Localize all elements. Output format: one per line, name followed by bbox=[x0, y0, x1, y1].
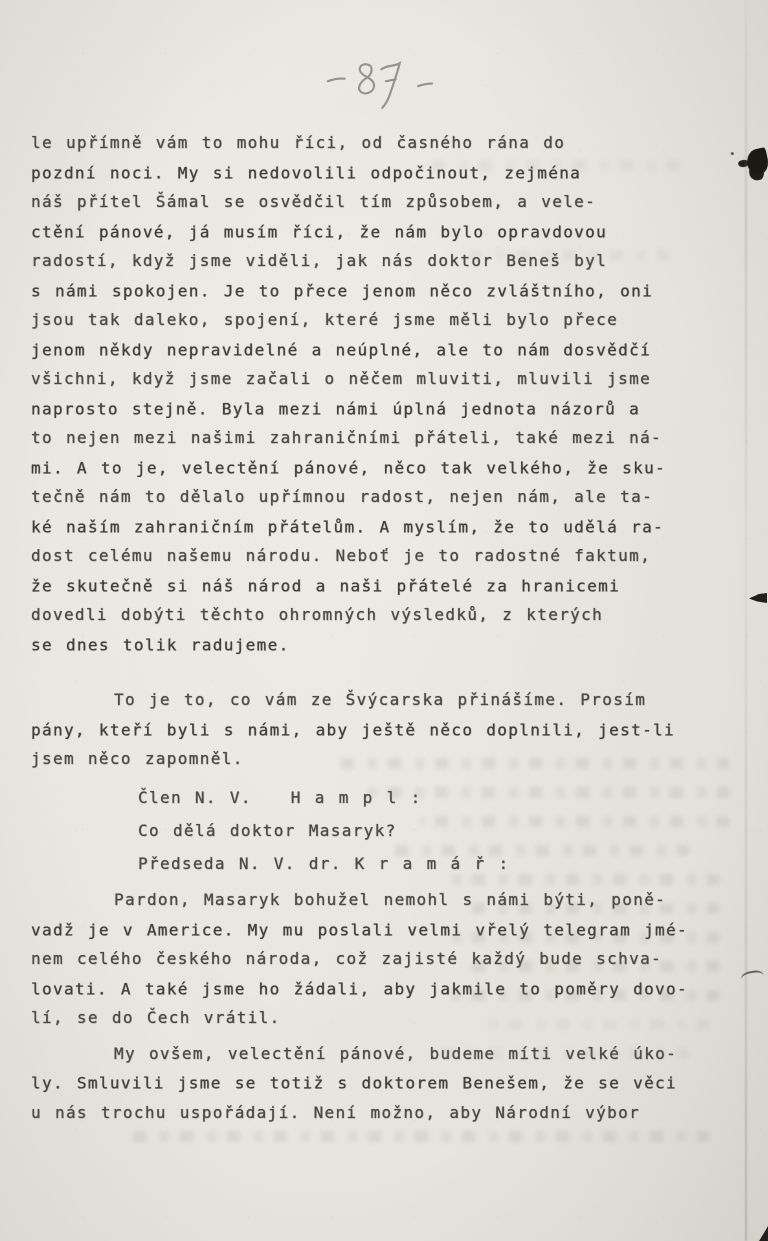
typewritten-line: dost celému našemu národu. Neboť je to r… bbox=[31, 541, 741, 571]
speaker-heading-hampl: Člen N. V. H a m p l : bbox=[31, 783, 741, 813]
typewritten-line: vadž je v Americe. My mu poslali velmi v… bbox=[31, 915, 741, 945]
paragraph: Pardon, Masaryk bohužel nemohl s námi bý… bbox=[31, 885, 741, 1033]
typewritten-line: všichni, když jsme začali o něčem mluvit… bbox=[31, 364, 741, 394]
typewritten-line: Pardon, Masaryk bohužel nemohl s námi bý… bbox=[31, 885, 741, 915]
typewritten-line: radostí, když jsme viděli, jak nás dokto… bbox=[31, 246, 741, 276]
handwritten-page-number: -87- bbox=[321, 52, 463, 121]
typewritten-line: jsem něco zapomněl. bbox=[31, 744, 741, 774]
typewritten-line: ctění pánové, já musím říci, že nám bylo… bbox=[31, 217, 741, 247]
typewritten-line: Člen N. V. H a m p l : bbox=[31, 783, 741, 813]
paragraph: My ovšem, velectění pánové, budeme míti … bbox=[31, 1039, 741, 1128]
typewritten-line: Předseda N. V. dr. K r a m á ř : bbox=[31, 849, 741, 879]
typewritten-line: u nás trochu uspořádají. Není možno, aby… bbox=[31, 1098, 741, 1128]
typewritten-line: To je to, co vám ze Švýcarska přinášíme.… bbox=[31, 685, 741, 715]
typewritten-line: Co dělá doktor Masaryk? bbox=[31, 816, 741, 846]
speaker-heading-kramar: Předseda N. V. dr. K r a m á ř : bbox=[31, 849, 741, 879]
typewritten-line: se dnes tolik radujeme. bbox=[31, 630, 741, 660]
typewritten-line: s námi spokojen. Je to přece jenom něco … bbox=[31, 276, 741, 306]
page-edge-shadow bbox=[745, 0, 747, 1241]
typewritten-line: lovati. A také jsme ho žádali, aby jakmi… bbox=[31, 974, 741, 1004]
typewritten-line: jsou tak daleko, spojení, které jsme měl… bbox=[31, 305, 741, 335]
paragraph: To je to, co vám ze Švýcarska přinášíme.… bbox=[31, 685, 741, 774]
paragraph-continuation: le upřímně vám to mohu říci, od časného … bbox=[31, 128, 741, 659]
typewritten-line: pozdní noci. My si nedovolili odpočinout… bbox=[31, 158, 741, 188]
typewritten-line: náš přítel Šámal se osvědčil tím způsobe… bbox=[31, 187, 741, 217]
typewritten-line: tečně nám to dělalo upřímnou radost, nej… bbox=[31, 482, 741, 512]
typewritten-line: to nejen mezi našimi zahraničními přátel… bbox=[31, 423, 741, 453]
speech-line: Co dělá doktor Masaryk? bbox=[31, 816, 741, 846]
typewritten-line: le upřímně vám to mohu říci, od časného … bbox=[31, 128, 741, 158]
typewritten-line: jenom někdy nepravidelné a neúplné, ale … bbox=[31, 335, 741, 365]
pencil-stroke-drawing bbox=[321, 52, 463, 121]
typewritten-line: naprosto stejně. Byla mezi námi úplná je… bbox=[31, 394, 741, 424]
typewritten-line: My ovšem, velectění pánové, budeme míti … bbox=[31, 1039, 741, 1069]
typewritten-line: ly. Smluvili jsme se totiž s doktorem Be… bbox=[31, 1068, 741, 1098]
typewritten-line: lí, se do Čech vrátil. bbox=[31, 1003, 741, 1033]
typewritten-line: nem celého českého národa, což zajisté k… bbox=[31, 944, 741, 974]
typewritten-text-block: le upřímně vám to mohu říci, od časného … bbox=[31, 128, 741, 1127]
typewritten-line: pány, kteří byli s námi, aby ještě něco … bbox=[31, 715, 741, 745]
typewritten-line: ké naším zahraničním přátelům. A myslím,… bbox=[31, 512, 741, 542]
typewritten-line: že skutečně si náš národ a naši přátelé … bbox=[31, 571, 741, 601]
typewritten-line: mi. A to je, velectění pánové, něco tak … bbox=[31, 453, 741, 483]
typewritten-line: dovedli dobýti těchto ohromných výsledků… bbox=[31, 600, 741, 630]
